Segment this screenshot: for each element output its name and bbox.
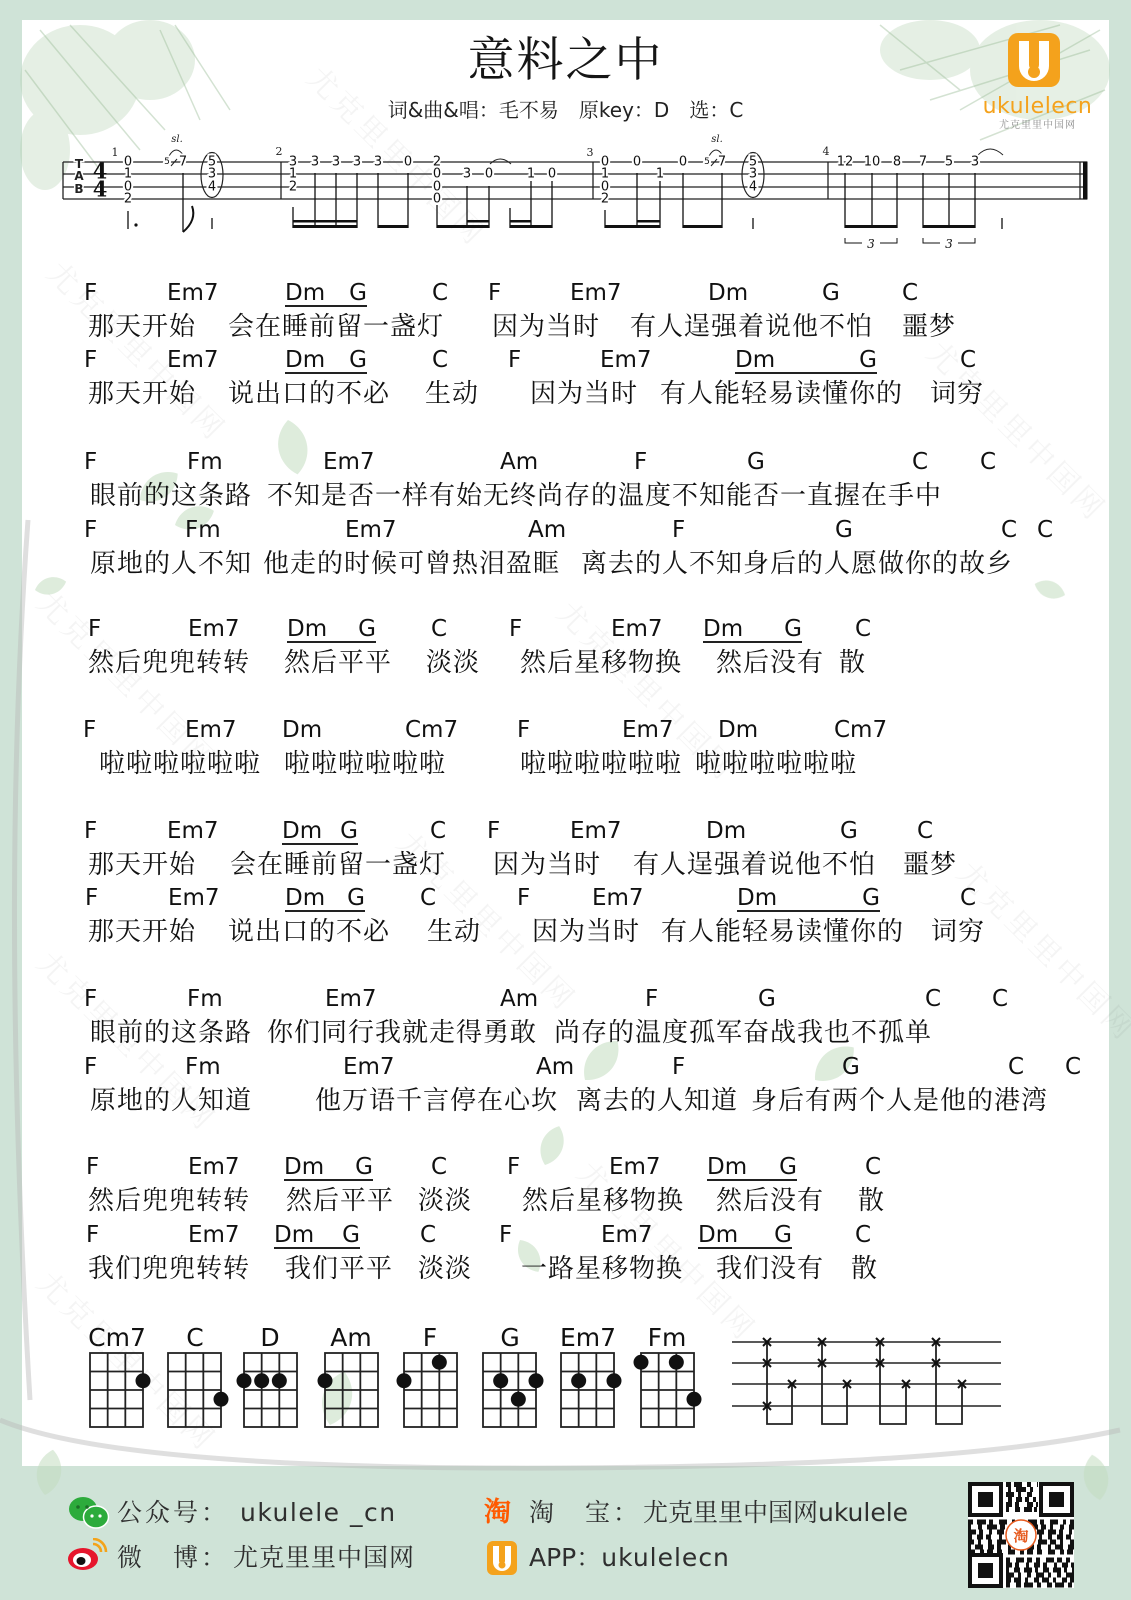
chord: C xyxy=(865,1153,881,1181)
chord-lyric-line: F Em7 DmG C F Em7 DmG C 那天开始 说出口的不必 生动 因… xyxy=(0,346,1131,416)
chord: Dm xyxy=(698,1221,738,1247)
staff-lines xyxy=(63,162,1087,199)
weibo-account: 微 博： xyxy=(117,1542,229,1574)
chord: F xyxy=(85,884,98,912)
chord: C xyxy=(960,884,976,912)
chord: Em7 xyxy=(185,716,237,744)
chord: Em7 xyxy=(592,884,644,912)
chord-lyric-line: F Fm Em7 Am F G C C 原地的人不知 他走的时候可曾热泪盈眶 离… xyxy=(0,516,1131,586)
chord: G xyxy=(758,985,776,1013)
chord: C xyxy=(431,615,447,643)
fret-number: 0 xyxy=(548,167,556,182)
chord-diagram-name: Am xyxy=(306,1323,396,1353)
chord: C xyxy=(431,1153,447,1181)
chord-lyric-line: F Fm Em7 Am F G C C 眼前的这条路 不知是否一样有始无终尚存的… xyxy=(0,448,1131,518)
chord: C xyxy=(1065,1053,1081,1081)
lyric: 那天开始 xyxy=(88,916,196,948)
chord: Em7 xyxy=(601,1221,653,1249)
chord: F xyxy=(672,1053,685,1081)
lyric: 生动 xyxy=(425,378,479,410)
fret-number: 0 xyxy=(485,167,493,182)
lyric: 我们兜兜转转 xyxy=(88,1253,250,1285)
taobao-label: 淘 宝： xyxy=(529,1498,641,1527)
chord: Fm xyxy=(187,985,223,1013)
lyric: 离去的人知道 xyxy=(576,1085,738,1117)
triplet-number: 3 xyxy=(867,237,875,251)
chord-lyric-line: F Em7 DmG C F Em7 DmG C 然后兜兜转转 然后平平 淡淡 然… xyxy=(0,615,1131,685)
chord: Dm xyxy=(706,817,746,845)
strum-pattern xyxy=(700,1300,1020,1440)
lyric: 原地的人不知 xyxy=(90,548,252,580)
chord: G xyxy=(358,615,376,641)
finger-dot xyxy=(136,1373,151,1388)
finger-dot xyxy=(254,1373,269,1388)
chord: F xyxy=(83,716,96,744)
song-title: 意料之中 xyxy=(0,32,1131,90)
chord: Fm xyxy=(185,1053,221,1081)
chord: Em7 xyxy=(323,448,375,476)
lyric: 然后兜兜转转 xyxy=(88,1185,250,1217)
lyric: 啦啦啦啦啦啦 xyxy=(284,748,446,780)
lyric: 淡淡 xyxy=(418,1185,472,1217)
chord-group-underlined: DmG xyxy=(735,346,877,374)
chord: Em7 xyxy=(325,985,377,1013)
fret-number: 3 xyxy=(353,155,361,170)
chord-lyric-line: F Fm Em7 Am F G C C 原地的人知道 他万语千言停在心坎 离去的… xyxy=(0,1053,1131,1123)
strum-stem xyxy=(767,1342,792,1424)
app-name: ukulelecn xyxy=(601,1543,730,1572)
chord: F xyxy=(86,1221,99,1249)
lyric: 然后平平 xyxy=(286,1185,394,1217)
chord: F xyxy=(88,615,101,643)
rhythm-beams xyxy=(293,220,975,228)
lyric: 会在睡前留一盏灯 xyxy=(228,311,444,343)
chord-diagram-name: Fm xyxy=(622,1323,712,1353)
chord: Dm xyxy=(708,279,748,307)
chord: F xyxy=(645,985,658,1013)
weibo-label: 微 博： xyxy=(117,1543,229,1572)
chord: G xyxy=(340,817,358,843)
chord-lyric-line: F Fm Em7 Am F G C C 眼前的这条路 你们同行我就走得勇敢 尚存… xyxy=(0,985,1131,1055)
strum-stem xyxy=(822,1342,847,1424)
lyric: 他万语千言停在心坎 xyxy=(315,1085,558,1117)
grace-fret-number: 5 xyxy=(704,157,710,167)
chord: Em7 xyxy=(345,516,397,544)
fret-number: 4 xyxy=(749,180,757,195)
chord: F xyxy=(499,1221,512,1249)
measure-number: 2 xyxy=(276,145,283,158)
chord-group-underlined: DmG xyxy=(703,615,802,643)
chord-diagram-grid xyxy=(552,1351,623,1429)
chord: C xyxy=(1037,516,1053,544)
lyric: 那天开始 xyxy=(88,849,196,881)
chord-diagram-grid xyxy=(81,1351,152,1429)
fret-number: 2 xyxy=(289,180,297,195)
fret-number: 1 xyxy=(527,167,535,182)
chord-group-underlined: DmG xyxy=(737,884,880,912)
lyric: 有人能轻易读懂你的 xyxy=(661,916,904,948)
chord: Dm xyxy=(703,615,743,641)
wechat-id: ukulele _cn xyxy=(240,1497,397,1529)
chord: Dm xyxy=(285,884,325,910)
lyric: 说出口的不必 xyxy=(228,916,390,948)
chord: G xyxy=(355,1153,373,1179)
chord: Em7 xyxy=(343,1053,395,1081)
weibo-icon xyxy=(66,1538,108,1572)
ukulele-logo-icon xyxy=(1008,33,1060,87)
fret-number: 5 xyxy=(945,155,953,170)
lyric: 离去的人不知身后的人愿做你的故乡 xyxy=(581,548,1013,580)
qr-code: 淘 xyxy=(968,1482,1074,1588)
chord: F xyxy=(634,448,647,476)
wechat-label: 公众号： xyxy=(117,1498,229,1527)
finger-dot xyxy=(571,1373,586,1388)
chord: Dm xyxy=(287,615,327,641)
measure-number: 4 xyxy=(823,145,830,158)
finger-dot xyxy=(669,1355,684,1370)
taobao-shop: 淘 宝： xyxy=(529,1497,641,1529)
chord: Am xyxy=(500,448,538,476)
chord: F xyxy=(517,884,530,912)
tab-clef-b: B xyxy=(74,182,83,196)
lyric: 你们同行我就走得勇敢 xyxy=(267,1017,537,1049)
taobao-icon: 淘 xyxy=(484,1497,511,1529)
chord: C xyxy=(432,279,448,307)
chord-group-underlined: DmG xyxy=(274,1221,360,1249)
qr-center-label: 淘 xyxy=(1013,1527,1028,1545)
chord: G xyxy=(835,516,853,544)
chord: Dm xyxy=(718,716,758,744)
weibo-name: 尤克里里中国网 xyxy=(233,1542,415,1574)
chord-lyric-line: F Em7 Dm Cm7 F Em7 Dm Cm7 啦啦啦啦啦啦 啦啦啦啦啦啦 … xyxy=(0,716,1131,786)
chord: C xyxy=(420,884,436,912)
chord: F xyxy=(84,279,97,307)
chord: F xyxy=(84,985,97,1013)
lyric: 词穷 xyxy=(931,916,985,948)
chord: F xyxy=(509,615,522,643)
chord: C xyxy=(432,346,448,374)
chord: Dm xyxy=(737,884,777,910)
chord: Dm xyxy=(282,716,322,744)
dotted-note-dot xyxy=(134,223,137,226)
chord: Cm7 xyxy=(834,716,887,744)
wechat-account: 公众号： xyxy=(117,1497,229,1529)
chord: Em7 xyxy=(570,279,622,307)
lyric: 词穷 xyxy=(930,378,984,410)
chord: F xyxy=(508,346,521,374)
chord: F xyxy=(672,516,685,544)
lyric: 散 xyxy=(839,647,866,679)
chord: Em7 xyxy=(609,1153,661,1181)
chord-group-underlined: DmG xyxy=(698,1221,792,1249)
lyric: 啦啦啦啦啦啦 xyxy=(99,748,261,780)
taobao-shop-name: 尤克里里中国网ukulele xyxy=(643,1497,908,1529)
lyric: 说出口的不必 xyxy=(228,378,390,410)
chord: F xyxy=(84,1053,97,1081)
chord: C xyxy=(430,817,446,845)
chord-diagram-grid xyxy=(632,1351,703,1429)
original-key: 原key：D xyxy=(579,98,669,122)
chord: F xyxy=(488,279,501,307)
chord: C xyxy=(980,448,996,476)
chord: Em7 xyxy=(167,279,219,307)
lyric: 因为当时 xyxy=(530,378,638,410)
lyric: 然后星移物换 xyxy=(520,647,682,679)
chord-lyric-line: F Em7 DmG C F Em7 DmG C 然后兜兜转转 然后平平 淡淡 然… xyxy=(0,1153,1131,1223)
chord: F xyxy=(507,1153,520,1181)
chord: F xyxy=(86,1153,99,1181)
chord: F xyxy=(84,817,97,845)
lyric: 生动 xyxy=(427,916,481,948)
chord: F xyxy=(84,346,97,374)
chord: C xyxy=(960,346,976,374)
lyric: 啦啦啦啦啦啦 xyxy=(695,748,857,780)
measure-number: 1 xyxy=(112,146,119,159)
rhythm-stems xyxy=(128,173,1002,232)
app-icon xyxy=(487,1541,517,1575)
chord-group-underlined: DmG xyxy=(284,1153,373,1181)
finger-dot xyxy=(397,1373,412,1388)
chord-diagram-grid xyxy=(159,1351,230,1429)
strum-stem xyxy=(936,1342,962,1424)
song-credits: 词&曲&唱：毛不易原key：D选：C xyxy=(0,96,1131,124)
fret-number: 3 xyxy=(311,155,319,170)
chord: Dm xyxy=(707,1153,747,1179)
triplet-number: 3 xyxy=(945,237,953,251)
lyric: 然后没有 xyxy=(716,1185,824,1217)
chord-group-underlined: DmG xyxy=(285,279,367,307)
lyric: 身后有两个人是他的港湾 xyxy=(751,1085,1048,1117)
chord: C xyxy=(1008,1053,1024,1081)
chord: Em7 xyxy=(570,817,622,845)
chord-diagram-grid xyxy=(316,1351,387,1429)
chord: G xyxy=(840,817,858,845)
chord: Em7 xyxy=(188,615,240,643)
finger-dot xyxy=(432,1355,447,1370)
chord: Dm xyxy=(285,346,325,372)
lyric: 因为当时 xyxy=(492,311,600,343)
slide-label: sl. xyxy=(711,134,723,145)
chord: Em7 xyxy=(611,615,663,643)
lyric: 淡淡 xyxy=(418,1253,472,1285)
chord: Dm xyxy=(274,1221,314,1247)
lyric: 那天开始 xyxy=(88,378,196,410)
lyric: 因为当时 xyxy=(493,849,601,881)
lyric: 原地的人知道 xyxy=(90,1085,252,1117)
ukulelecn-logo: ukulelecn 尤克里里中国网 xyxy=(975,30,1100,135)
chord: Em7 xyxy=(188,1153,240,1181)
lyric: 噩梦 xyxy=(902,311,956,343)
lyric: 眼前的这条路 xyxy=(90,480,252,512)
chord: F xyxy=(487,817,500,845)
lyric: 噩梦 xyxy=(903,849,957,881)
chord-diagram-grid xyxy=(235,1351,306,1429)
strum-beat xyxy=(763,1338,796,1424)
lyric: 散 xyxy=(858,1185,885,1217)
chord-group-underlined: DmG xyxy=(285,346,367,374)
chord: Am xyxy=(536,1053,574,1081)
chord-diagram-name: G xyxy=(465,1323,555,1353)
finger-dot xyxy=(634,1355,649,1370)
chord: F xyxy=(84,448,97,476)
chord-group-underlined: DmG xyxy=(287,615,376,643)
fret-number: 7 xyxy=(919,155,927,170)
wechat-icon xyxy=(68,1496,110,1530)
lyric: 一路星移物换 xyxy=(521,1253,683,1285)
fret-number: 0 xyxy=(679,155,687,170)
fret-number: 1 xyxy=(656,167,664,182)
chord: Fm xyxy=(185,516,221,544)
finger-dot xyxy=(607,1373,622,1388)
eighth-note-flag xyxy=(183,206,193,232)
fret-number: 0 xyxy=(433,192,441,207)
chord: G xyxy=(859,346,877,372)
time-signature-bottom: 4 xyxy=(93,177,108,202)
chord-lyric-line: F Em7 DmG C F Em7 DmG C 我们兜兜转转 我们平平 淡淡 一… xyxy=(0,1221,1131,1291)
fret-number: 12 xyxy=(837,155,854,170)
chord: Dm xyxy=(285,279,325,305)
lyric: 不知是否一样有始无终尚存的温度不知能否一直握在手中 xyxy=(267,480,942,512)
tab-clef-a: A xyxy=(74,169,84,183)
finger-dot xyxy=(511,1392,526,1407)
fret-number: 0 xyxy=(404,155,412,170)
chord: C xyxy=(925,985,941,1013)
logo-brand-text: ukulelecn xyxy=(975,94,1100,120)
chord: Dm xyxy=(735,346,775,372)
chord: C xyxy=(855,1221,871,1249)
fret-number: 3 xyxy=(332,155,340,170)
lyric: 我们没有 xyxy=(716,1253,824,1285)
chord: G xyxy=(774,1221,792,1247)
chord: C xyxy=(912,448,928,476)
chord-diagram-name: Em7 xyxy=(543,1323,633,1353)
chord: Am xyxy=(500,985,538,1013)
strum-stem xyxy=(880,1342,906,1424)
chord: Cm7 xyxy=(405,716,458,744)
fret-number: 8 xyxy=(893,155,901,170)
app-label: APP： xyxy=(529,1543,601,1572)
lyric: 那天开始 xyxy=(88,311,196,343)
slide-label: sl. xyxy=(171,134,183,145)
lyric: 因为当时 xyxy=(532,916,640,948)
chord: G xyxy=(862,884,880,910)
finger-dot xyxy=(237,1373,252,1388)
chord-diagram-grid xyxy=(474,1351,545,1429)
chord-group-underlined: DmG xyxy=(282,817,358,845)
fret-number: 2 xyxy=(601,192,609,207)
chord-group-underlined: DmG xyxy=(285,884,365,912)
chord: C xyxy=(1001,516,1017,544)
measure-number: 3 xyxy=(587,146,594,159)
lyric: 啦啦啦啦啦啦 xyxy=(520,748,682,780)
chord: G xyxy=(747,448,765,476)
lyric: 然后星移物换 xyxy=(522,1185,684,1217)
finger-dot xyxy=(529,1373,544,1388)
lyric: 他走的时候可曾热泪盈眶 xyxy=(263,548,560,580)
fret-number: 4 xyxy=(208,180,216,195)
chord-group-underlined: DmG xyxy=(707,1153,797,1181)
chord: G xyxy=(822,279,840,307)
lyric: 尚存的温度孤军奋战我也不孤单 xyxy=(554,1017,932,1049)
chord: G xyxy=(842,1053,860,1081)
chord: C xyxy=(902,279,918,307)
chord: G xyxy=(342,1221,360,1247)
strum-beat xyxy=(932,1338,966,1424)
chord: G xyxy=(784,615,802,641)
lyric: 有人逞强着说他不怕 xyxy=(630,311,873,343)
chord: C xyxy=(917,817,933,845)
chord: Dm xyxy=(282,817,322,843)
lyric: 然后没有 xyxy=(716,647,824,679)
fret-number: 3 xyxy=(971,155,979,170)
chord: Em7 xyxy=(167,817,219,845)
chord: F xyxy=(517,716,530,744)
strum-string-lines xyxy=(732,1342,1001,1406)
chord: F xyxy=(84,516,97,544)
chord: Em7 xyxy=(622,716,674,744)
chord: C xyxy=(420,1221,436,1249)
chord-diagram-name: D xyxy=(225,1323,315,1353)
lyric: 淡淡 xyxy=(426,647,480,679)
fret-number: 0 xyxy=(633,155,641,170)
fret-number: 2 xyxy=(124,192,132,207)
strum-beat xyxy=(818,1338,851,1424)
lyric: 然后平平 xyxy=(284,647,392,679)
tab-staff: T A B 4 4 1 2 3 4 sl. sl. 0 1 0 2 5 7 5 … xyxy=(0,130,1131,260)
chord: Dm xyxy=(284,1153,324,1179)
finger-dot xyxy=(214,1392,229,1407)
finger-dot xyxy=(318,1373,333,1388)
chord: C xyxy=(992,985,1008,1013)
selected-key: 选：C xyxy=(689,98,743,122)
lyric: 眼前的这条路 xyxy=(90,1017,252,1049)
fret-number: 10 xyxy=(864,155,881,170)
triplet-brackets xyxy=(845,238,975,243)
finger-dot xyxy=(493,1373,508,1388)
credits-text: 词&曲&唱：毛不易 xyxy=(388,98,559,122)
chord-lyric-line: F Em7 DmG C F Em7 Dm G C 那天开始 会在睡前留一盏灯 因… xyxy=(0,279,1131,349)
chord-diagram-grid xyxy=(395,1351,466,1429)
chord: Am xyxy=(528,516,566,544)
finger-dot xyxy=(272,1373,287,1388)
chord: C xyxy=(855,615,871,643)
fret-number: 7 xyxy=(179,155,187,170)
fret-number: 3 xyxy=(374,155,382,170)
final-barline xyxy=(1083,162,1088,200)
chord: Em7 xyxy=(600,346,652,374)
chord: Em7 xyxy=(167,346,219,374)
lyric: 散 xyxy=(851,1253,878,1285)
app-info: APP：ukulelecn xyxy=(529,1542,730,1574)
chord: G xyxy=(349,279,367,305)
lyric: 有人逞强着说他不怕 xyxy=(633,849,876,881)
lyric: 有人能轻易读懂你的 xyxy=(660,378,903,410)
fret-number: 3 xyxy=(463,167,471,182)
chord: Em7 xyxy=(168,884,220,912)
chord-lyric-line: F Em7 DmG C F Em7 DmG C 那天开始 说出口的不必 生动 因… xyxy=(0,884,1131,954)
chord-diagram-name: F xyxy=(385,1323,475,1353)
chord: G xyxy=(349,346,367,372)
strum-beat xyxy=(876,1338,910,1424)
fret-number: 7 xyxy=(718,155,726,170)
chord-diagram-name: Cm7 xyxy=(72,1323,162,1353)
chord: Em7 xyxy=(188,1221,240,1249)
chord-lyric-line: F Em7 DmG C F Em7 Dm G C 那天开始 会在睡前留一盏灯 因… xyxy=(0,817,1131,887)
chord: Fm xyxy=(187,448,223,476)
lyric: 我们平平 xyxy=(285,1253,393,1285)
lyric: 会在睡前留一盏灯 xyxy=(230,849,446,881)
chord: G xyxy=(347,884,365,910)
